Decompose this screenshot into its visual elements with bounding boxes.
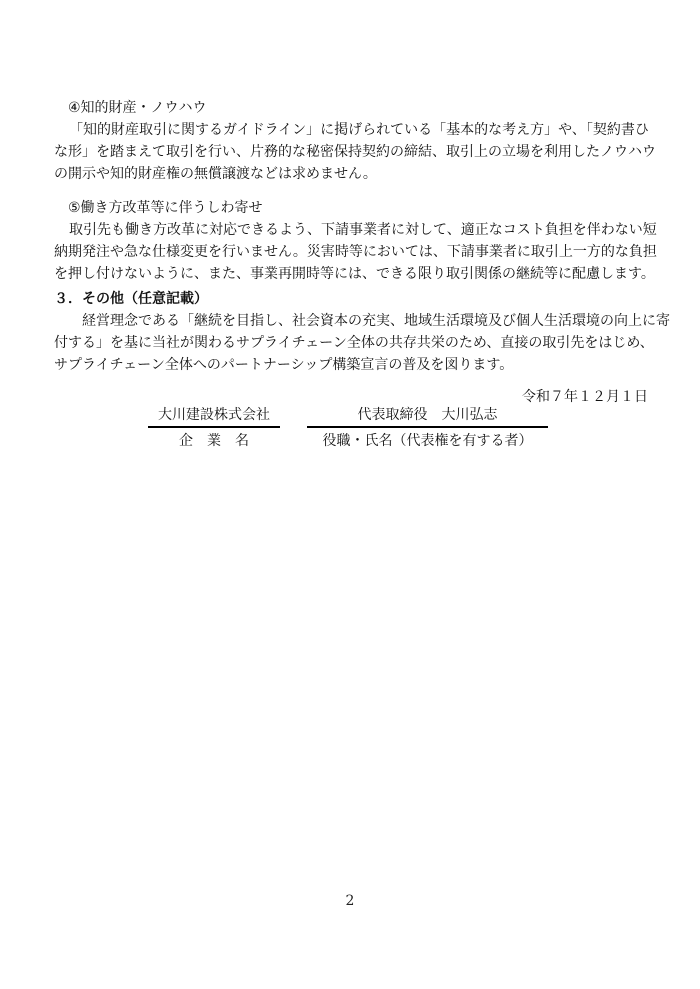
section-work-style-reform: ⑤働き方改革等に伴うしわ寄せ 取引先も働き方改革に対応できるよう、下請事業者に対… bbox=[54, 197, 650, 285]
company-name-label: 企 業 名 bbox=[148, 431, 280, 451]
section-intellectual-property: ④知的財産・ノウハウ 「知的財産取引に関するガイドライン」に掲げられている「基本… bbox=[54, 97, 650, 185]
paragraph-line: 取引先も働き方改革に対応できるよう、下請事業者に対して、適正なコスト負担を伴わな… bbox=[54, 219, 650, 241]
section-heading-ip: ④知的財産・ノウハウ bbox=[54, 97, 650, 119]
section-other: ３．その他（任意記載） 経営理念である「継続を目指し、社会資本の充実、地域生活環… bbox=[54, 288, 650, 376]
paragraph-line: 経営理念である「継続を目指し、社会資本の充実、地域生活環境及び個人生活環境の向上… bbox=[54, 310, 650, 332]
section-heading-other: ３．その他（任意記載） bbox=[54, 288, 650, 310]
paragraph-line: 納期発注や急な仕様変更を行いません。災害時等においては、下請事業者に取引上一方的… bbox=[54, 241, 650, 263]
representative-signature: 代表取締役 大川弘志 bbox=[307, 405, 548, 428]
document-page: ④知的財産・ノウハウ 「知的財産取引に関するガイドライン」に掲げられている「基本… bbox=[0, 0, 700, 989]
paragraph-line: サプライチェーン全体へのパートナーシップ構築宣言の普及を図ります。 bbox=[54, 354, 650, 376]
paragraph-line: 「知的財産取引に関するガイドライン」に掲げられている「基本的な考え方」や、「契約… bbox=[54, 119, 650, 141]
company-name-signature: 大川建設株式会社 bbox=[148, 405, 280, 428]
paragraph-line: な形」を踏まえて取引を行い、片務的な秘密保持契約の締結、取引上の立場を利用したノ… bbox=[54, 141, 650, 163]
page-number: 2 bbox=[0, 893, 700, 909]
paragraph-line: の開示や知的財産権の無償譲渡などは求めません。 bbox=[54, 163, 650, 185]
paragraph-line: を押し付けないように、また、事業再開時等には、できる限り取引関係の継続等に配慮し… bbox=[54, 263, 650, 285]
section-heading-workstyle: ⑤働き方改革等に伴うしわ寄せ bbox=[54, 197, 650, 219]
representative-label: 役職・氏名（代表権を有する者） bbox=[307, 431, 548, 451]
paragraph-line: 付する」を基に当社が関わるサプライチェーン全体の共存共栄のため、直接の取引先をは… bbox=[54, 332, 650, 354]
